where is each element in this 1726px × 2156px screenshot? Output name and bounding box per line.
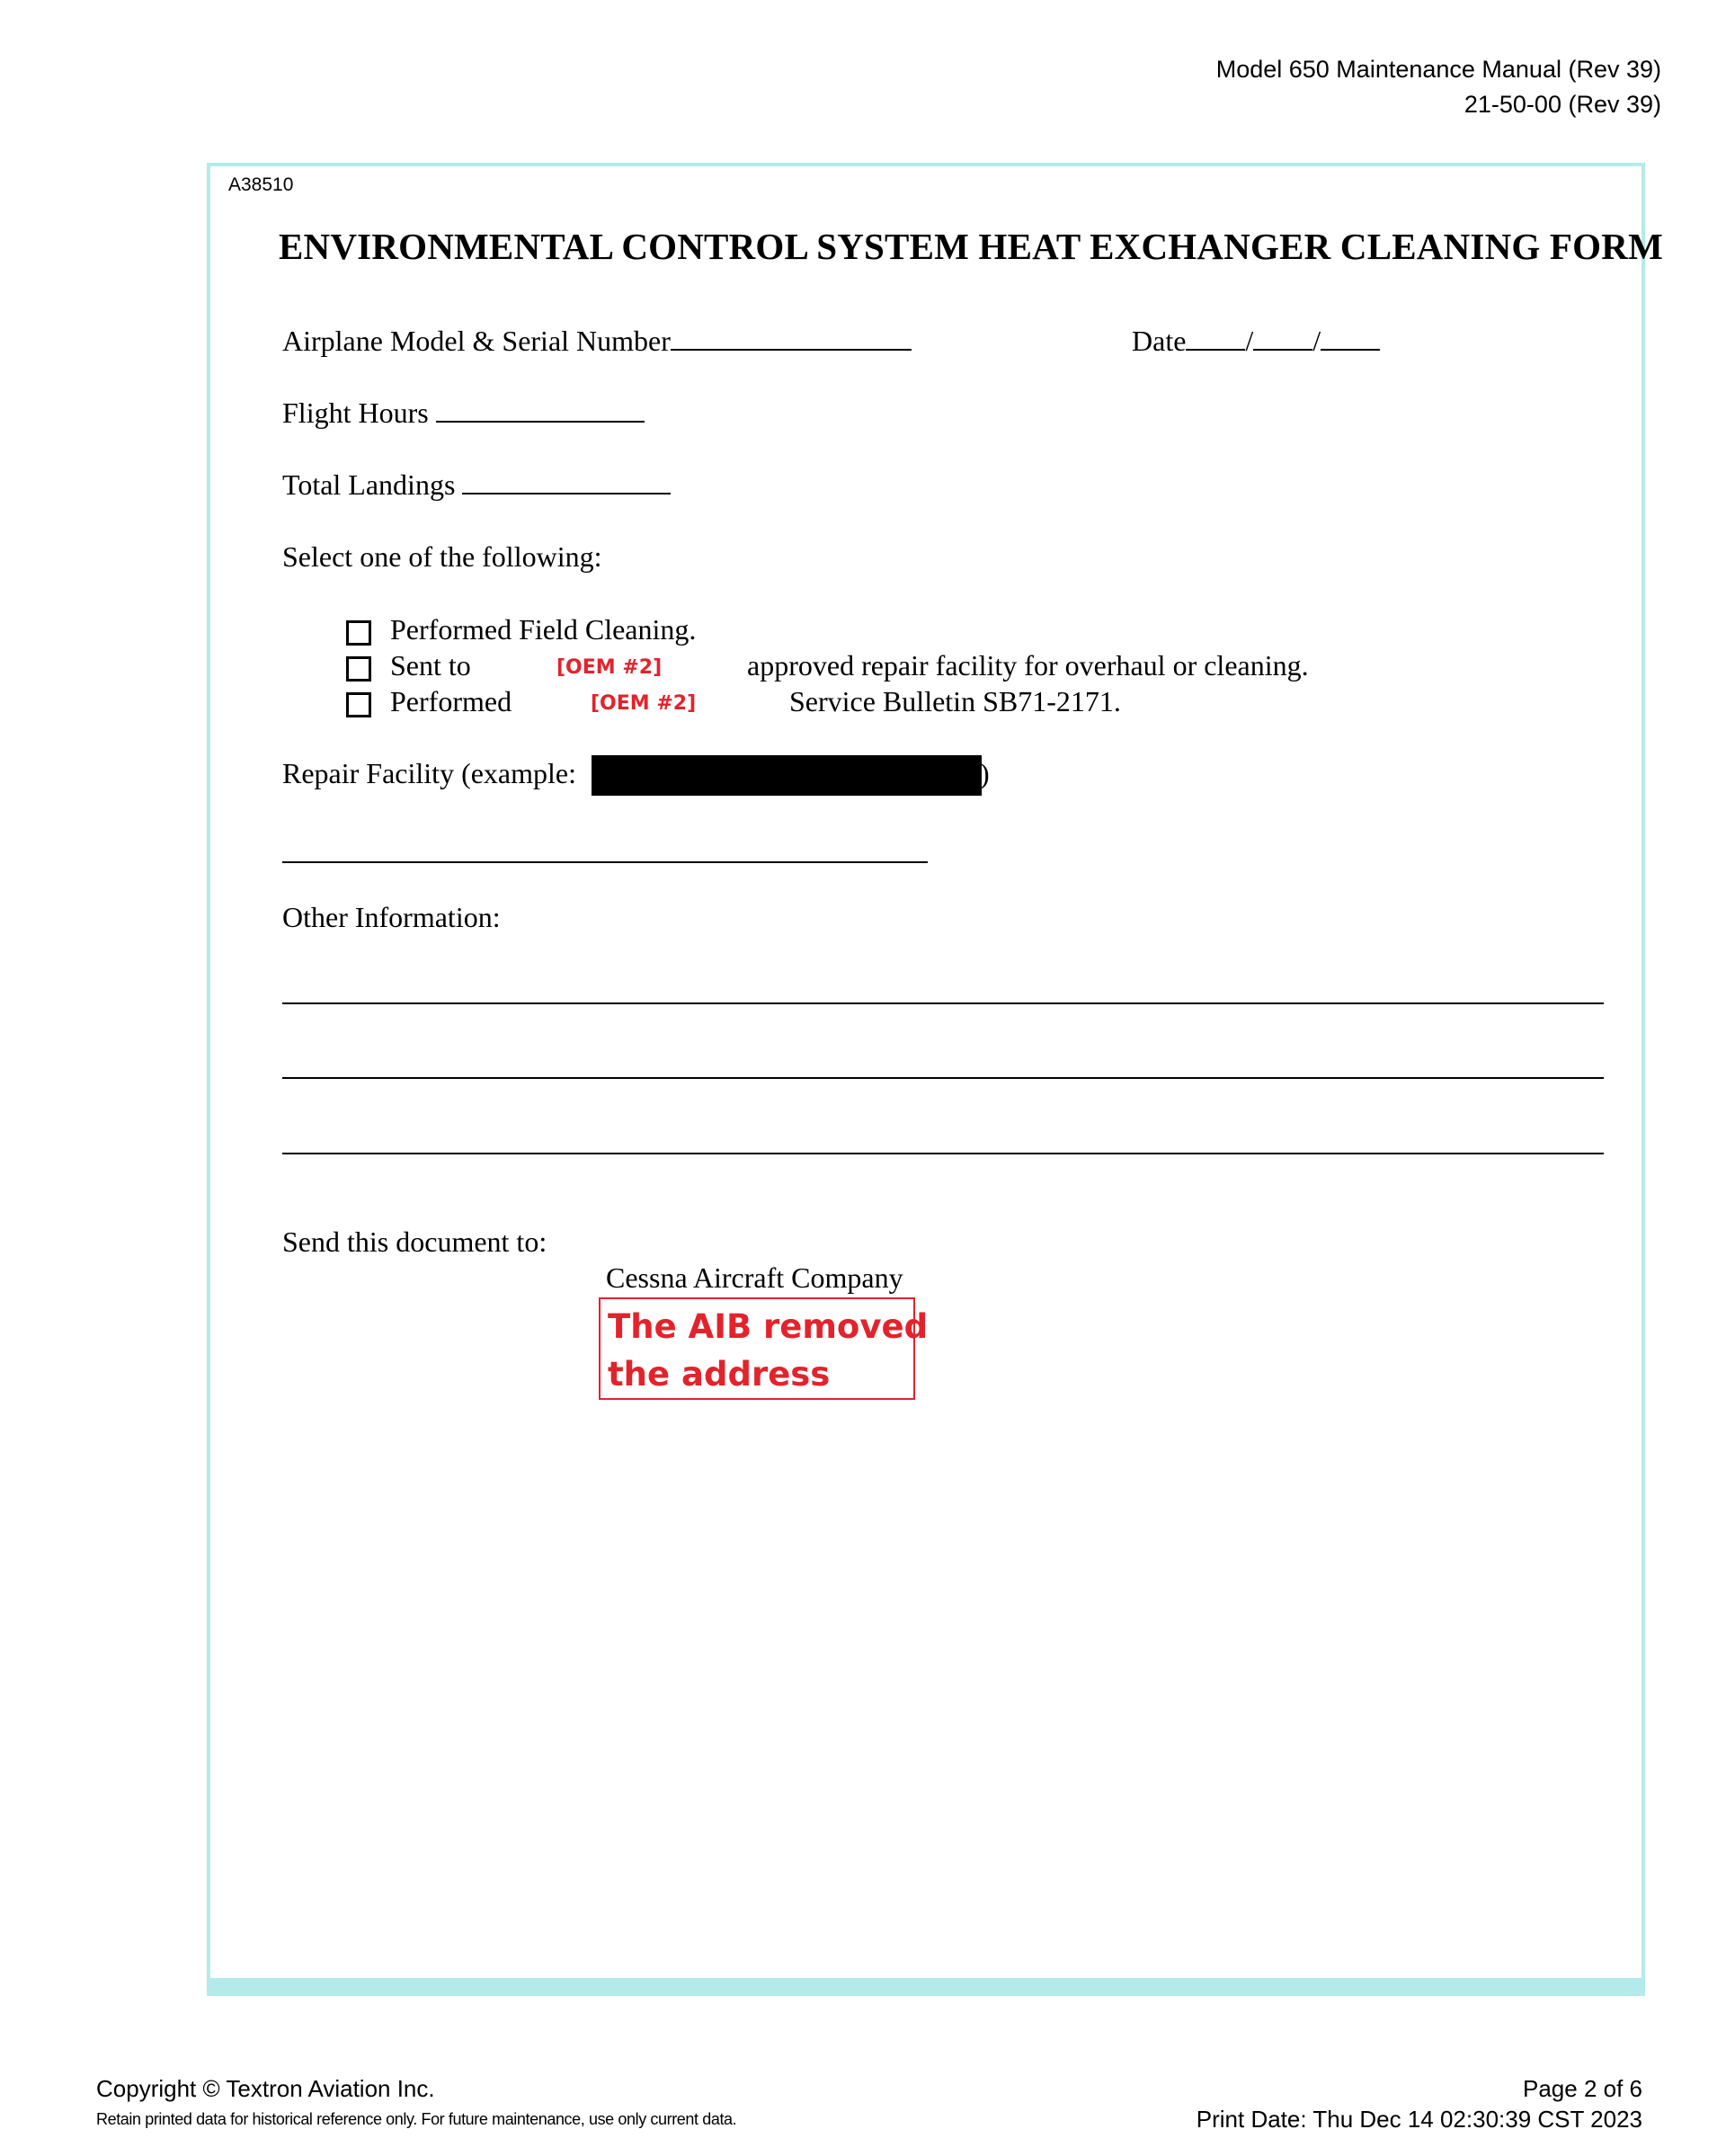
- option-label-field-cleaning: Performed Field Cleaning.: [390, 613, 696, 646]
- send-to-company: Cessna Aircraft Company: [606, 1261, 903, 1295]
- date-day-input[interactable]: [1253, 325, 1312, 351]
- option-checkbox-field-cleaning[interactable]: [346, 620, 371, 646]
- total-landings-label: Total Landings: [282, 468, 455, 501]
- total-landings-field: Total Landings: [282, 468, 671, 502]
- repair-facility-label: Repair Facility (example:: [282, 757, 576, 790]
- repair-facility-close-paren: ): [980, 757, 990, 790]
- flight-hours-input[interactable]: [436, 397, 645, 423]
- option-suffix-sent-to: approved repair facility for overhaul or…: [747, 649, 1309, 682]
- airplane-label: Airplane Model & Serial Number: [282, 325, 671, 357]
- date-year-input[interactable]: [1321, 325, 1380, 351]
- other-info-label: Other Information:: [282, 901, 501, 934]
- airplane-field: Airplane Model & Serial Number: [282, 325, 912, 358]
- other-info-line[interactable]: [282, 1077, 1604, 1079]
- form-title: ENVIRONMENTAL CONTROL SYSTEM HEAT EXCHAN…: [279, 225, 1663, 268]
- date-separator: /: [1245, 325, 1253, 357]
- redaction-block: [592, 755, 982, 796]
- other-info-line[interactable]: [282, 1002, 1604, 1004]
- option-checkbox-performed-sb[interactable]: [346, 692, 371, 717]
- oem-redaction-label: [OEM #2]: [556, 656, 662, 679]
- date-month-input[interactable]: [1186, 325, 1245, 351]
- address-redaction-note: The AIB removed: [608, 1303, 906, 1350]
- section-number: 21-50-00 (Rev 39): [1464, 91, 1661, 119]
- airplane-serial-input[interactable]: [671, 325, 912, 351]
- copyright: Copyright © Textron Aviation Inc.: [96, 2075, 435, 2103]
- other-info-line[interactable]: [282, 1153, 1604, 1154]
- retain-notice: Retain printed data for historical refer…: [96, 2110, 736, 2129]
- total-landings-input[interactable]: [462, 469, 671, 494]
- date-field: Date//: [1132, 325, 1380, 358]
- option-checkbox-sent-to-facility[interactable]: [346, 656, 371, 682]
- frame-bottom-bar: [207, 1978, 1645, 1996]
- print-date: Print Date: Thu Dec 14 02:30:39 CST 2023: [1197, 2106, 1642, 2134]
- oem-redaction-label: [OEM #2]: [591, 692, 696, 715]
- page-number: Page 2 of 6: [1523, 2075, 1642, 2103]
- option-suffix-performed: Service Bulletin SB71-2171.: [789, 685, 1121, 718]
- form-frame: [207, 163, 1645, 1980]
- address-redaction-box: The AIB removed the address: [599, 1297, 915, 1400]
- date-label: Date: [1132, 325, 1186, 357]
- option-label-performed: Performed: [390, 685, 512, 718]
- repair-facility-input-line[interactable]: [282, 861, 928, 863]
- send-to-label: Send this document to:: [282, 1225, 547, 1259]
- manual-title: Model 650 Maintenance Manual (Rev 39): [1216, 56, 1661, 84]
- option-label-sent-to: Sent to: [390, 649, 471, 682]
- date-separator: /: [1312, 325, 1321, 357]
- address-redaction-note: the address: [608, 1350, 906, 1398]
- select-prompt: Select one of the following:: [282, 540, 601, 574]
- flight-hours-field: Flight Hours: [282, 396, 645, 430]
- flight-hours-label: Flight Hours: [282, 396, 429, 429]
- document-id: A38510: [228, 174, 293, 196]
